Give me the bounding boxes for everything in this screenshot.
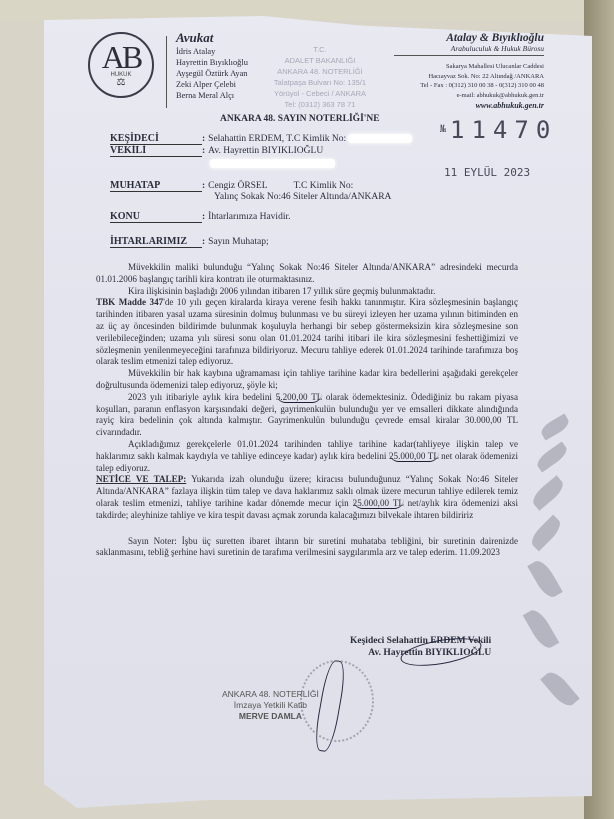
notary-stamp-line: MERVE DAMLA: [222, 711, 319, 722]
document-body: Müvekkilin maliki bulunduğu “Yalınç Soka…: [96, 262, 518, 559]
konu-row: KONU:İhtarlarımıza Havidir.: [110, 211, 290, 223]
paragraph: NETİCE VE TALEP: Yukarıda izah olunduğu …: [96, 474, 518, 521]
number-value: 11470: [450, 116, 557, 144]
firm-address: Sakarya Mahallesi Ulucanlar Caddesi Hacı…: [394, 62, 544, 100]
notary-stamp-line: İmzaya Yetkili Katib: [222, 700, 319, 711]
law-reference: TBK Madde 347: [96, 297, 163, 307]
muhatap-id-label: T.C Kimlik No:: [294, 181, 354, 191]
stamp-line: Talatpaşa Bulvarı No: 135/1: [268, 77, 372, 88]
muhatap-label: MUHATAP: [110, 180, 202, 192]
kesideci-value: Selahattin ERDEM, T.C Kimlik No:: [208, 134, 346, 144]
lawyer-name: İdris Atalay: [176, 46, 248, 57]
lawyer-name: Berna Meral Alçı: [176, 90, 248, 101]
date-stamp: 11 EYLÜL 2023: [444, 166, 530, 179]
ihtarlar-row: İHTARLARIMIZ:Sayın Muhatap;: [110, 236, 269, 248]
muhatap-address: Yalınç Sokak No:46 Siteler Altında/ANKAR…: [214, 192, 391, 202]
paragraph: Açıkladığımız gerekçelerle 01.01.2024 ta…: [96, 439, 518, 474]
stamp-line: T.C.: [268, 44, 372, 55]
konu-value: İhtarlarımıza Havidir.: [208, 212, 290, 222]
lawyer-name: Hayrettin Bıyıklıoğlu: [176, 57, 248, 68]
current-rent-amount: 5.200,00 TL: [276, 392, 322, 403]
notary-header-stamp: T.C. ADALET BAKANLIĞI ANKARA 48. NOTERLİ…: [268, 44, 372, 110]
address-line: Hacıayvaz Sok. No: 22 Altındağ /ANKARA: [394, 72, 544, 82]
notary-stamp-line: ANKARA 48. NOTERLİĞİ: [222, 689, 319, 700]
vekili-row: VEKİLİ:Av. Hayrettin BIYIKLIOĞLU: [110, 145, 323, 157]
notary-stamp: ANKARA 48. NOTERLİĞİ İmzaya Yetkili Kati…: [222, 689, 319, 722]
redaction-mark: [348, 134, 412, 143]
ihtarlar-label: İHTARLARIMIZ: [110, 236, 202, 248]
firm-subtitle: Arabuluculuk & Hukuk Bürosu: [394, 44, 544, 56]
paragraph: Kira ilişkisinin başladığı 2006 yılından…: [96, 286, 518, 298]
address-line: Sakarya Mahallesi Ulucanlar Caddesi: [394, 62, 544, 72]
scales-of-justice-icon: ⚖: [90, 78, 152, 88]
muhatap-value: Cengiz ÖRSEL: [208, 181, 267, 191]
firm-name: Atalay & Bıyıklıoğlu: [394, 32, 544, 44]
address-line: e-mail: abhukuk@abhukuk.gen.tr: [394, 91, 544, 101]
stamp-line: ANKARA 48. NOTERLİĞİ: [268, 66, 372, 77]
address-line: Tel - Fax : 0(312) 310 00 38 - 0(312) 31…: [394, 81, 544, 91]
redaction-mark: [210, 159, 335, 168]
kesideci-label: KEŞİDECİ: [110, 133, 202, 145]
stamp-line: Tel: (0312) 363 78 71: [268, 99, 372, 110]
number-prefix: №: [440, 124, 446, 135]
firm-logo: AB HUKUK ⚖: [88, 32, 154, 98]
konu-label: KONU: [110, 211, 202, 223]
vekili-label: VEKİLİ: [110, 145, 202, 157]
background: [0, 0, 614, 20]
avukat-label: Avukat: [176, 30, 213, 46]
divider: [166, 36, 167, 108]
paragraph: Müvekkilin maliki bulunduğu “Yalınç Soka…: [96, 262, 518, 286]
document-title: ANKARA 48. SAYIN NOTERLİĞİ'NE: [220, 114, 380, 124]
requested-rent-amount: 25.000,00 TL: [389, 451, 439, 462]
lawyer-list: İdris Atalay Hayrettin Bıyıklıoğlu Ayşeg…: [176, 46, 248, 101]
lawyer-name: Zeki Alper Çelebi: [176, 79, 248, 90]
stamp-line: ADALET BAKANLIĞI: [268, 55, 372, 66]
logo-text: AB: [90, 40, 152, 74]
lawyer-name: Ayşegül Öztürk Ayan: [176, 68, 248, 79]
paragraph: Müvekkilin bir hak kaybına uğramaması iç…: [96, 368, 518, 392]
ihtarlar-value: Sayın Muhatap;: [208, 237, 268, 247]
paragraph: TBK Madde 347'de 10 yılı geçen kiralarda…: [96, 297, 518, 368]
firm-info: Atalay & Bıyıklıoğlu Arabuluculuk & Huku…: [394, 32, 544, 110]
firm-website: www.abhukuk.gen.tr: [394, 101, 544, 110]
kesideci-row: KEŞİDECİ:Selahattin ERDEM, T.C Kimlik No…: [110, 133, 412, 145]
paragraph-text: 2023 yılı itibariyle aylık kira bedelini: [128, 392, 276, 402]
stamp-line: Yörüyol - Cebeci / ANKARA: [268, 88, 372, 99]
requested-rent-amount: 25.000,00 TL: [353, 498, 404, 509]
paragraph-text: 'de 10 yılı geçen kiralarda kiraya veren…: [96, 297, 518, 366]
closing-paragraph: Sayın Noter: İşbu üç suretten ibaret iht…: [96, 536, 518, 560]
netice-label: NETİCE VE TALEP:: [96, 474, 186, 484]
muhatap-row: MUHATAP:Cengiz ÖRSEL T.C Kimlik No:: [110, 180, 353, 192]
paragraph: 2023 yılı itibariyle aylık kira bedelini…: [96, 392, 518, 439]
redaction-mark-row: [210, 159, 335, 169]
vekili-value: Av. Hayrettin BIYIKLIOĞLU: [208, 146, 323, 156]
document-number: №11470: [440, 116, 557, 144]
